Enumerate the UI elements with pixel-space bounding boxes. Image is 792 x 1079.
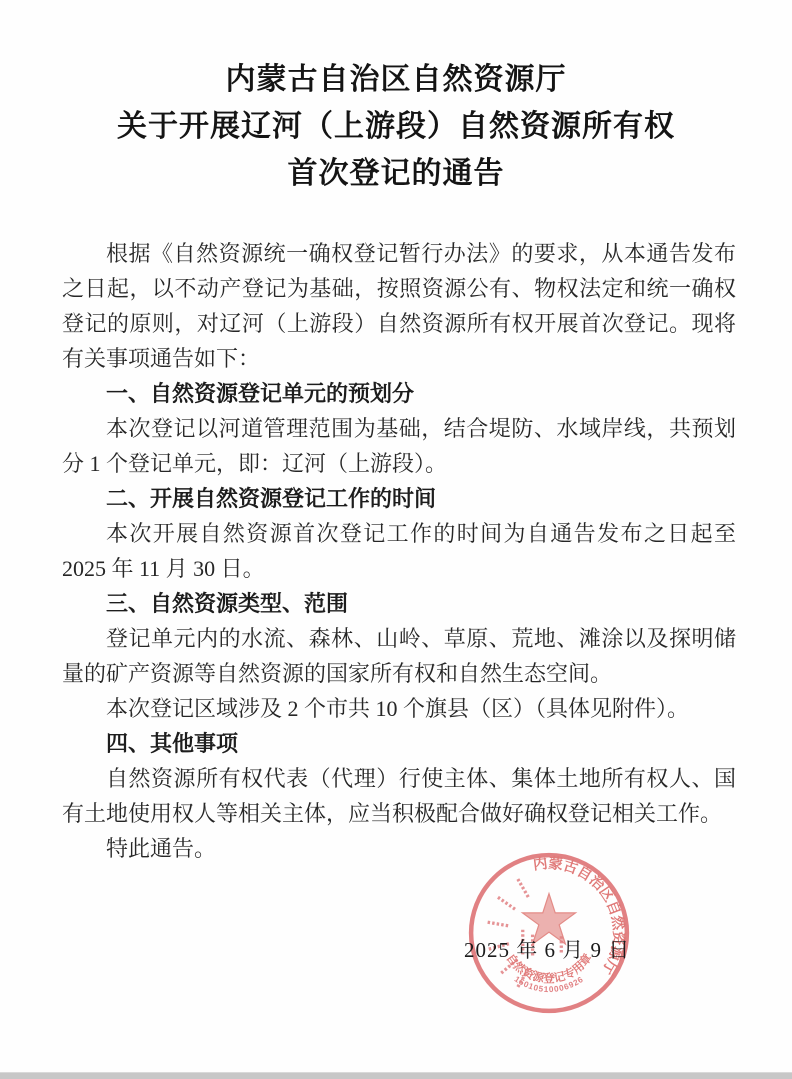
document-page: 内蒙古自治区自然资源厅 关于开展辽河（上游段）自然资源所有权 首次登记的通告 根…	[0, 0, 792, 1079]
scan-bottom-edge	[0, 1072, 792, 1079]
paragraph: 登记单元内的水流、森林、山岭、草原、荒地、滩涂以及探明储量的矿产资源等自然资源的…	[62, 621, 736, 691]
section-heading: 一、自然资源登记单元的预划分	[62, 376, 736, 411]
paragraph: 自然资源所有权代表（代理）行使主体、集体土地所有权人、国有土地使用权人等相关主体…	[62, 761, 736, 831]
document-body: 根据《自然资源统一确权登记暂行办法》的要求，从本通告发布之日起，以不动产登记为基…	[62, 236, 736, 866]
paragraph: 本次登记区域涉及 2 个市共 10 个旗县（区）（具体见附件）。	[62, 691, 736, 726]
section-heading: 四、其他事项	[62, 726, 736, 761]
paragraph: 特此通告。	[62, 831, 736, 866]
title-line-1: 内蒙古自治区自然资源厅	[0, 56, 792, 103]
paragraph: 根据《自然资源统一确权登记暂行办法》的要求，从本通告发布之日起，以不动产登记为基…	[62, 236, 736, 376]
official-seal: 内蒙古自治区自然资源厅 自然资源登记专用章 15010510006926	[467, 851, 631, 1015]
title-line-3: 首次登记的通告	[0, 150, 792, 197]
issue-date: 2025 年 6 月 9 日	[464, 934, 630, 964]
document-title: 内蒙古自治区自然资源厅 关于开展辽河（上游段）自然资源所有权 首次登记的通告	[0, 56, 792, 197]
paragraph: 本次登记以河道管理范围为基础，结合堤防、水域岸线，共预划分 1 个登记单元，即：…	[62, 411, 736, 481]
section-heading: 二、开展自然资源登记工作的时间	[62, 481, 736, 516]
paragraph: 本次开展自然资源首次登记工作的时间为自通告发布之日起至 2025 年 11 月 …	[62, 516, 736, 586]
title-line-2: 关于开展辽河（上游段）自然资源所有权	[0, 103, 792, 150]
section-heading: 三、自然资源类型、范围	[62, 586, 736, 621]
